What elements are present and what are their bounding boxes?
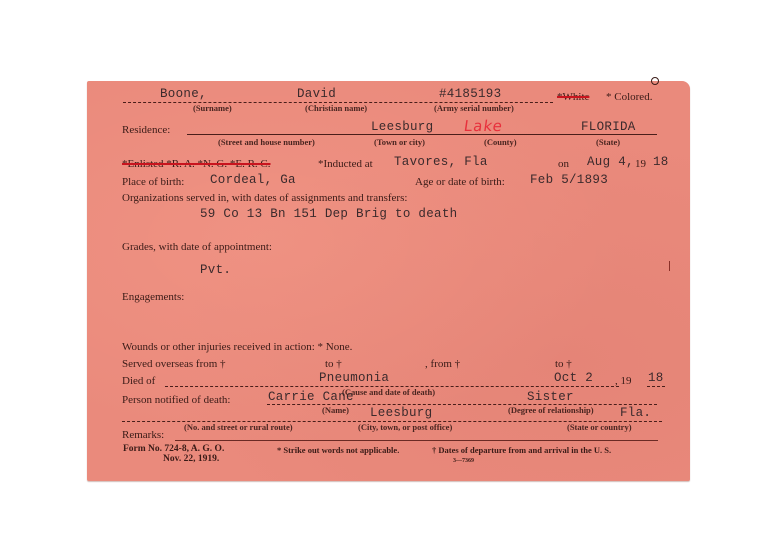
overseas-from-2-label: , from † [425, 358, 460, 370]
served-overseas-label: Served overseas from † [122, 358, 226, 370]
death-year-prefix: , 19 [615, 375, 632, 387]
county-label: (County) [484, 137, 517, 147]
person-notified-label: Person notified of death: [122, 394, 230, 406]
overseas-to-2-label: to † [555, 358, 572, 370]
state-country-label: (State or country) [567, 422, 632, 432]
overseas-to-1-label: to † [325, 358, 342, 370]
service-record-card: Boone, David #4185193 (Surname) (Christi… [87, 81, 690, 481]
on-label: on [558, 158, 569, 170]
date-of-birth-value: Feb 5/1893 [530, 173, 608, 187]
form-number: Form No. 724-8, A. G. O. [123, 444, 224, 454]
wounds-label: Wounds or other injuries received in act… [122, 341, 352, 353]
cause-of-death-value: Pneumonia [319, 371, 389, 385]
serial-number-value: #4185193 [439, 87, 501, 101]
christian-name-label: (Christian name) [305, 103, 367, 113]
relationship-label: (Degree of relationship) [508, 405, 594, 415]
notified-state-value: Fla. [620, 406, 651, 420]
state-label: (State) [596, 137, 620, 147]
notified-city-value: Leesburg [370, 406, 432, 420]
surname-value: Boone, [160, 87, 207, 101]
surname-label: (Surname) [193, 103, 232, 113]
residence-label: Residence: [122, 124, 170, 136]
remarks-label: Remarks: [122, 429, 164, 441]
grades-value: Pvt. [200, 263, 231, 277]
death-year-line [647, 386, 665, 387]
race-white-struck: *White [557, 91, 589, 103]
induction-year-value: 18 [653, 155, 669, 169]
inducted-at-label: *Inducted at [318, 158, 373, 170]
street-route-label: (No. and street or rural route) [184, 422, 293, 432]
paper-mark [669, 261, 670, 271]
form-date: Nov. 22, 1919. [163, 454, 219, 464]
grades-label: Grades, with date of appointment: [122, 241, 272, 253]
engagements-label: Engagements: [122, 291, 184, 303]
corner-mark [651, 77, 659, 85]
cause-of-death-label: (Cause and date of death) [342, 387, 435, 397]
street-label: (Street and house number) [218, 137, 315, 147]
christian-name-value: David [297, 87, 336, 101]
died-of-label: Died of [122, 375, 155, 387]
residence-town-value: Leesburg [371, 120, 433, 134]
date-of-birth-label: Age or date of birth: [415, 176, 505, 188]
organizations-label: Organizations served in, with dates of a… [122, 192, 407, 204]
place-of-birth-label: Place of birth: [122, 176, 184, 188]
inducted-at-value: Tavores, Fla [394, 155, 488, 169]
notified-name-value: Carrie Cane [268, 390, 354, 404]
death-year-value: 18 [648, 371, 664, 385]
strike-out-note: * Strike out words not applicable. [277, 445, 399, 455]
enlistment-types-struck: *Enlisted *R. A. *N. G. *E. R. C. [122, 158, 271, 170]
remarks-line [175, 440, 658, 441]
residence-state-value: FLORIDA [581, 120, 636, 134]
residence-line [187, 134, 657, 135]
dagger-note: † Dates of departure from and arrival in… [432, 445, 611, 455]
residence-county-value: Lake [463, 117, 504, 135]
place-of-birth-value: Cordeal, Ga [210, 173, 296, 187]
organizations-value: 59 Co 13 Bn 151 Dep Brig to death [200, 207, 457, 221]
city-label: (City, town, or post office) [358, 422, 452, 432]
death-date-value: Oct 2 [554, 371, 593, 385]
notified-name-label: (Name) [322, 405, 349, 415]
relationship-value: Sister [527, 390, 574, 404]
print-code: 3—7369 [453, 458, 474, 464]
race-colored: * Colored. [606, 91, 652, 103]
induction-year-prefix: 19 [635, 158, 646, 170]
induction-date-value: Aug 4, [587, 155, 634, 169]
serial-number-label: (Army serial number) [434, 103, 514, 113]
town-label: (Town or city) [374, 137, 425, 147]
